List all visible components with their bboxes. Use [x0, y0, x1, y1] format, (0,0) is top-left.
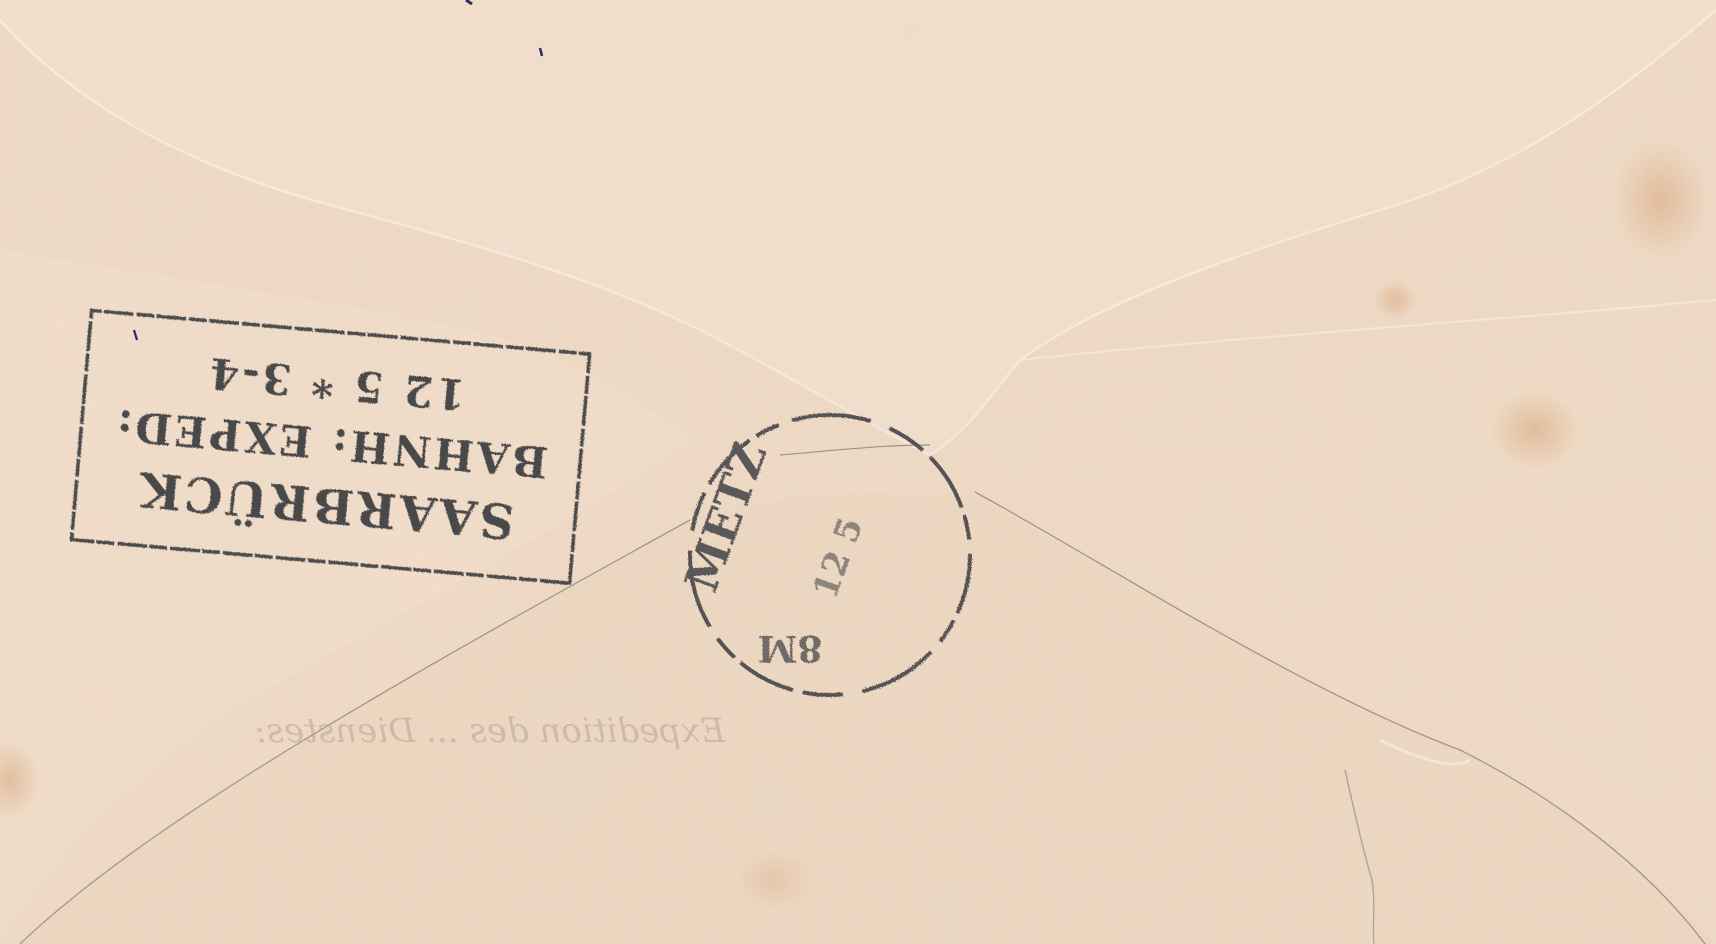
foxing-spot [1490, 390, 1580, 470]
foxing-spot [735, 850, 815, 910]
show-through-text: Expedition des ... Dienstes: [255, 711, 726, 751]
envelope-back: Expedition des ... Dienstes: SAARBRÜCK B… [0, 0, 1716, 944]
envelope-illustration: Expedition des ... Dienstes: SAARBRÜCK B… [0, 0, 1716, 944]
foxing-spot [1612, 140, 1708, 260]
foxing-spot [1373, 280, 1417, 320]
postmark-time: 8M [758, 627, 823, 669]
